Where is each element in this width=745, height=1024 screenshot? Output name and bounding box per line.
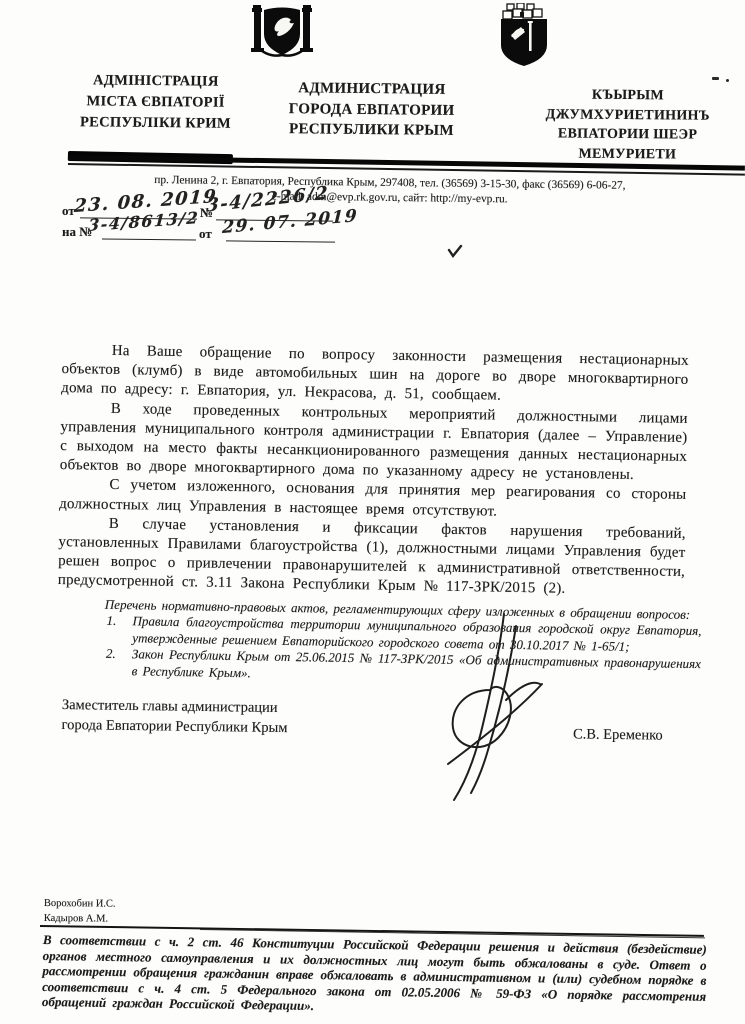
note-item-number: 1. bbox=[106, 613, 133, 646]
org-name-line: ЕВПАТОРИИ ШЕЭР bbox=[511, 124, 743, 146]
signatory-position-line: города Евпатории Республики Крым bbox=[61, 715, 287, 738]
scanned-letter-page: АДМІНІСТРАЦІЯ МІСТА ЄВПАТОРІЇ РЕСПУБЛІКИ… bbox=[0, 0, 745, 1024]
org-name-line: АДМИНИСТРАЦИЯ bbox=[272, 78, 472, 101]
org-name-line: АДМІНІСТРАЦІЯ bbox=[58, 70, 254, 93]
legal-note: В соответствии с ч. 2 ст. 46 Конституции… bbox=[42, 932, 707, 1020]
body-paragraph: В случае установления и фиксации фактов … bbox=[58, 514, 686, 602]
yevpatoria-coat-of-arms-icon bbox=[497, 3, 551, 69]
scan-speck bbox=[726, 79, 729, 82]
body-paragraph: В ходе проведенных контрольных мероприят… bbox=[60, 399, 688, 487]
checkmark-pen-icon bbox=[447, 244, 463, 258]
form-underline bbox=[102, 239, 196, 241]
signatory-position: Заместитель главы администрации города Е… bbox=[61, 696, 287, 738]
executors-block: Ворохобин И.С. Кадыров А.М. bbox=[44, 896, 116, 927]
org-name-russian: АДМИНИСТРАЦИЯ ГОРОДА ЕВПАТОРИИ РЕСПУБЛИК… bbox=[271, 78, 472, 142]
signature-autograph-icon bbox=[438, 612, 550, 804]
signatory-position-line: Заместитель главы администрации bbox=[62, 696, 288, 719]
signatory-name: С.В. Еременко bbox=[573, 726, 663, 744]
org-name-line: МІСТА ЄВПАТОРІЇ bbox=[58, 91, 254, 114]
note-item-number: 2. bbox=[106, 646, 133, 679]
org-name-line: ДЖУМХУРИЕТИНИНЪ bbox=[512, 104, 744, 126]
incoming-date-label: от bbox=[199, 226, 212, 242]
form-underline bbox=[226, 240, 335, 243]
legal-acts-list: Перечень нормативно-правовых актов, регл… bbox=[61, 596, 702, 689]
body-paragraph: На Ваше обращение по вопросу законности … bbox=[61, 341, 689, 410]
scan-speck bbox=[712, 77, 719, 80]
org-name-line: ГОРОДА ЕВПАТОРИИ bbox=[272, 98, 472, 121]
org-name-ukrainian: АДМІНІСТРАЦІЯ МІСТА ЄВПАТОРІЇ РЕСПУБЛІКИ… bbox=[57, 70, 254, 135]
org-name-line: РЕСПУБЛИКИ КРЫМ bbox=[271, 119, 471, 142]
org-name-line: КЪЫРЫМ bbox=[512, 85, 744, 107]
org-name-line: РЕСПУБЛІКИ КРИМ bbox=[57, 112, 253, 135]
letter-body: На Ваше обращение по вопросу законности … bbox=[58, 341, 689, 602]
org-name-crimean-tatar: КЪЫРЫМ ДЖУМХУРИЕТИНИНЪ ЕВПАТОРИИ ШЕЭР МЕ… bbox=[511, 85, 744, 165]
executor-name: Ворохобин И.С. bbox=[44, 896, 116, 912]
crimea-coat-of-arms-icon bbox=[250, 2, 314, 60]
